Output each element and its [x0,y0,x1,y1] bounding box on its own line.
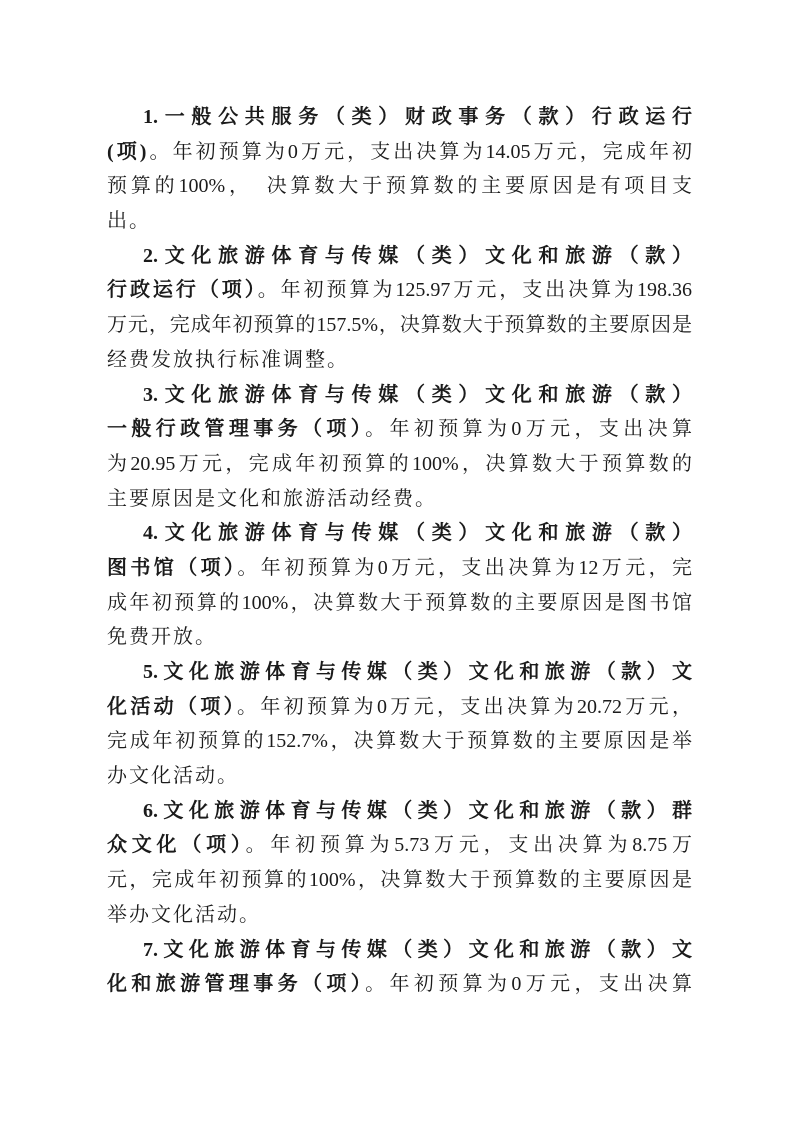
paragraph-5: 5.文化旅游体育与传媒（类）文化和旅游（款）文化活动（项）。年初预算为0万元，支… [107,655,692,794]
body-text: 。年初预算为0万元，支出决算为20.72万元， [237,696,692,718]
body-text: 。年初预算为0万元，支出决算 [365,973,692,995]
paragraph-6: 6.文化旅游体育与传媒（类）文化和旅游（款）群众文化（项）。年初预算为5.73万… [107,794,692,933]
body-text: 主要原因是文化和旅游活动经费。 [107,488,437,510]
body-text: 。年初预算为125.97万元，支出决算为198.36 [258,279,692,301]
paragraph-1: 1.一般公共服务（类）财政事务（款）行政运行(项)。年初预算为0万元，支出决算为… [107,100,692,239]
text-line: 行政运行（项）。年初预算为125.97万元，支出决算为198.36 [107,273,692,308]
text-line: 4.文化旅游体育与传媒（类）文化和旅游（款） [107,516,692,551]
body-text: 免费开放。 [107,626,217,648]
text-line: 为20.95万元，完成年初预算的100%，决算数大于预算数的 [107,447,692,482]
text-line: 化和旅游管理事务（项）。年初预算为0万元，支出决算 [107,967,692,1002]
body-text: 办文化活动。 [107,765,239,787]
body-text: 出。 [107,210,151,232]
body-text: 。年初预算为0万元，支出决算 [365,418,692,440]
body-text: 举办文化活动。 [107,904,261,926]
text-line: 成年初预算的100%，决算数大于预算数的主要原因是图书馆 [107,586,692,621]
text-line: 举办文化活动。 [107,898,692,933]
text-line: 经费发放执行标准调整。 [107,343,692,378]
item-heading-text: (项) [107,141,146,163]
item-heading-text: 化和旅游管理事务（项） [107,973,365,995]
item-heading-text: 6.文化旅游体育与传媒（类）文化和旅游（款）群 [143,800,692,822]
text-line: 众文化（项）。年初预算为5.73万元，支出决算为8.75万 [107,828,692,863]
text-line: 预算的100%， 决算数大于预算数的主要原因是有项目支 [107,169,692,204]
text-line: 5.文化旅游体育与传媒（类）文化和旅游（款）文 [107,655,692,690]
item-heading-text: 7.文化旅游体育与传媒（类）文化和旅游（款）文 [143,939,692,961]
text-line: 7.文化旅游体育与传媒（类）文化和旅游（款）文 [107,933,692,968]
body-text: 成年初预算的100%，决算数大于预算数的主要原因是图书馆 [107,592,692,614]
item-heading-text: 4.文化旅游体育与传媒（类）文化和旅游（款） [143,522,692,544]
body-text: 元，完成年初预算的100%，决算数大于预算数的主要原因是 [107,869,692,891]
paragraph-3: 3.文化旅游体育与传媒（类）文化和旅游（款）一般行政管理事务（项）。年初预算为0… [107,378,692,517]
body-text: 。年初预算为0万元，支出决算为14.05万元，完成年初 [146,141,692,163]
item-heading-text: 3.文化旅游体育与传媒（类）文化和旅游（款） [143,384,692,406]
text-line: 出。 [107,204,692,239]
text-line: 元，完成年初预算的100%，决算数大于预算数的主要原因是 [107,863,692,898]
text-line: 化活动（项）。年初预算为0万元，支出决算为20.72万元， [107,690,692,725]
item-heading-text: 化活动（项） [107,696,237,718]
text-line: 1.一般公共服务（类）财政事务（款）行政运行 [107,100,692,135]
text-line: 6.文化旅游体育与传媒（类）文化和旅游（款）群 [107,794,692,829]
text-line: 2.文化旅游体育与传媒（类）文化和旅游（款） [107,239,692,274]
text-line: 完成年初预算的152.7%，决算数大于预算数的主要原因是举 [107,724,692,759]
item-heading-text: 一般行政管理事务（项） [107,418,365,440]
item-heading-text: 图书馆（项） [107,557,237,579]
paragraph-4: 4.文化旅游体育与传媒（类）文化和旅游（款）图书馆（项）。年初预算为0万元，支出… [107,516,692,655]
body-text: 预算的100%， 决算数大于预算数的主要原因是有项目支 [107,175,692,197]
item-heading-text: 行政运行（项） [107,279,258,301]
paragraph-2: 2.文化旅游体育与传媒（类）文化和旅游（款）行政运行（项）。年初预算为125.9… [107,239,692,378]
body-text: 经费发放执行标准调整。 [107,349,349,371]
body-text: 为20.95万元，完成年初预算的100%，决算数大于预算数的 [107,453,692,475]
text-column: 1.一般公共服务（类）财政事务（款）行政运行(项)。年初预算为0万元，支出决算为… [107,100,692,1002]
document-page: 1.一般公共服务（类）财政事务（款）行政运行(项)。年初预算为0万元，支出决算为… [0,0,793,1122]
item-heading-text: 1.一般公共服务（类）财政事务（款）行政运行 [143,106,692,128]
body-text: 万元，完成年初预算的157.5%，决算数大于预算数的主要原因是 [107,314,692,336]
text-line: (项)。年初预算为0万元，支出决算为14.05万元，完成年初 [107,135,692,170]
text-line: 办文化活动。 [107,759,692,794]
item-heading-text: 2.文化旅游体育与传媒（类）文化和旅游（款） [143,245,692,267]
text-line: 主要原因是文化和旅游活动经费。 [107,482,692,517]
item-heading-text: 5.文化旅游体育与传媒（类）文化和旅游（款）文 [143,661,692,683]
text-line: 3.文化旅游体育与传媒（类）文化和旅游（款） [107,378,692,413]
text-line: 图书馆（项）。年初预算为0万元，支出决算为12万元，完 [107,551,692,586]
text-line: 一般行政管理事务（项）。年初预算为0万元，支出决算 [107,412,692,447]
paragraph-7: 7.文化旅游体育与传媒（类）文化和旅游（款）文化和旅游管理事务（项）。年初预算为… [107,933,692,1002]
body-text: 。年初预算为0万元，支出决算为12万元，完 [237,557,692,579]
body-text: 。年初预算为5.73万元，支出决算为8.75万 [246,834,692,856]
body-text: 完成年初预算的152.7%，决算数大于预算数的主要原因是举 [107,730,692,752]
text-line: 免费开放。 [107,620,692,655]
item-heading-text: 众文化（项） [107,834,246,856]
text-line: 万元，完成年初预算的157.5%，决算数大于预算数的主要原因是 [107,308,692,343]
